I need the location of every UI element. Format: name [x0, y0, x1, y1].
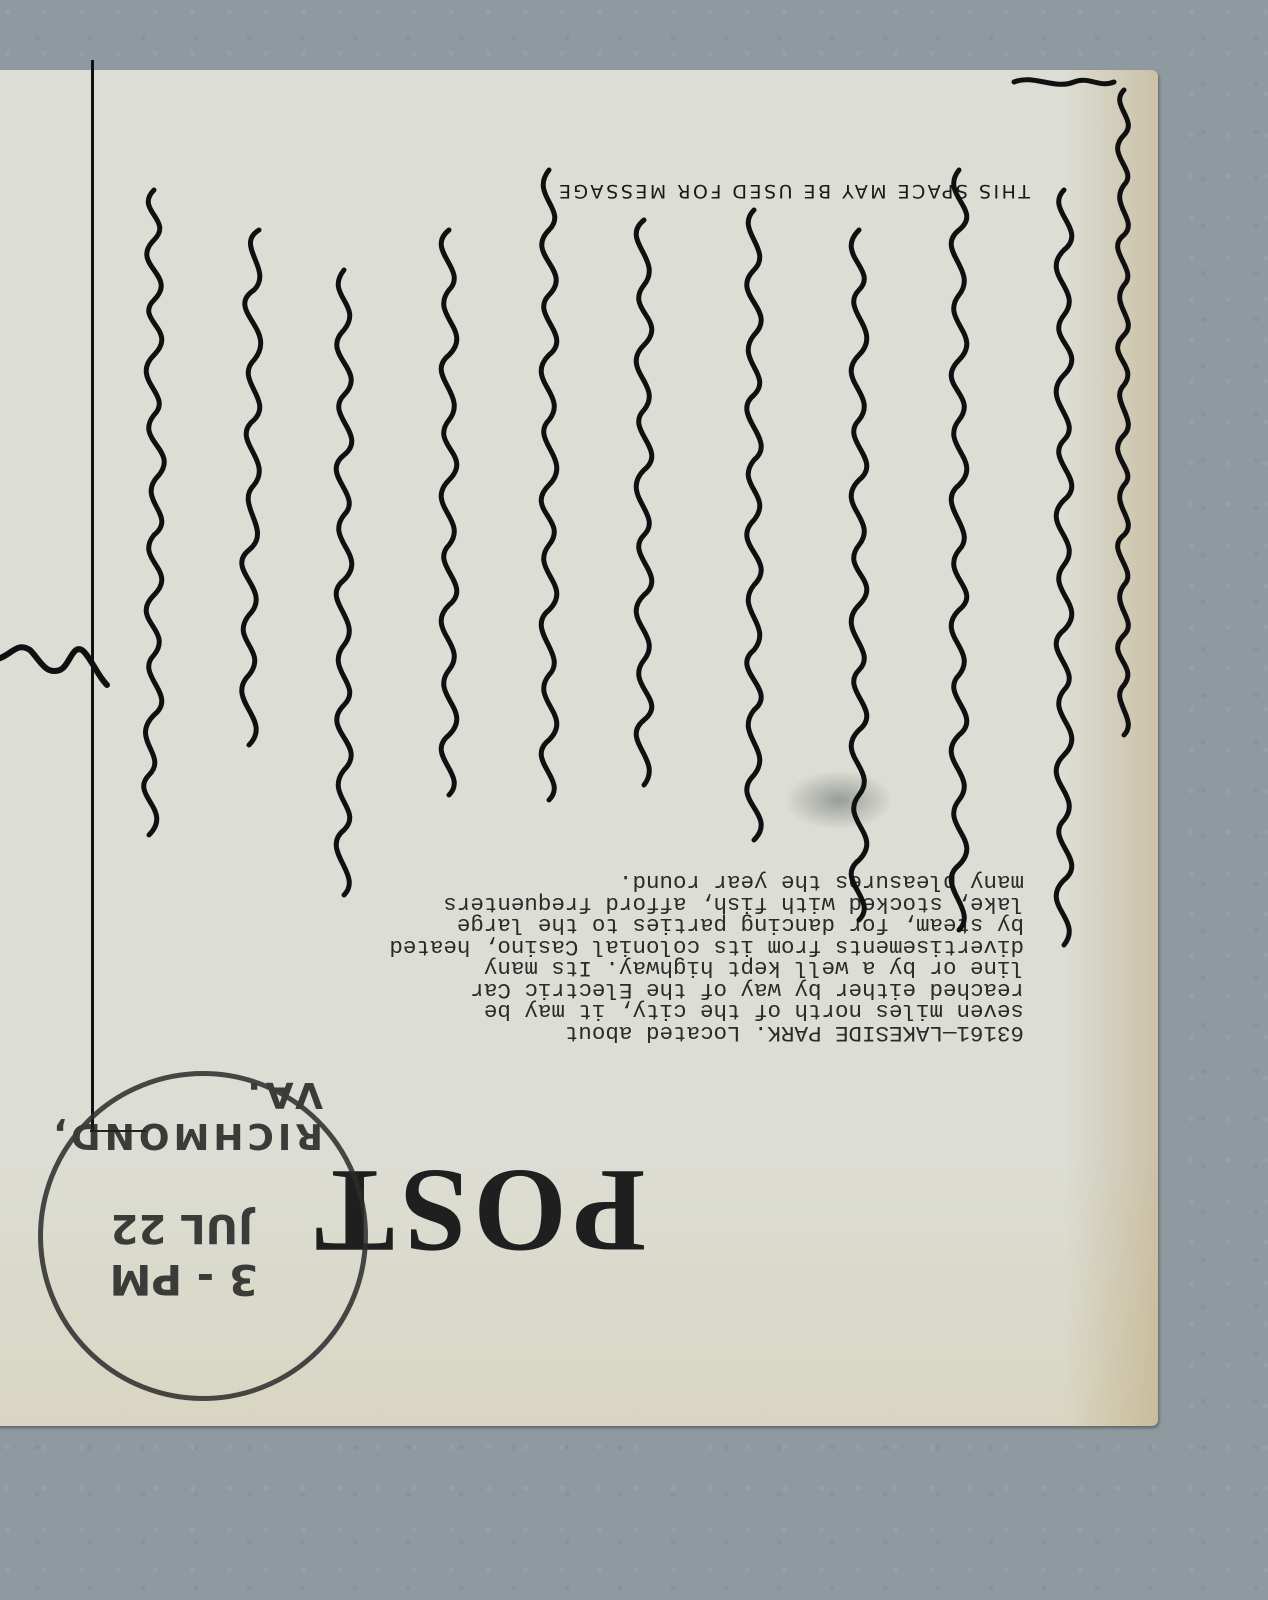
caption-line: divertisements from its colonial Casino,…: [144, 936, 1024, 958]
postmark-city: RICHMOND, VA.: [43, 1074, 323, 1156]
postmark-date: JUL 22: [111, 1205, 253, 1251]
caption-line: seven miles north of the city, it may be: [144, 1000, 1024, 1022]
caption-line: by steam, for dancing parties to the lar…: [144, 914, 1024, 936]
caption-line: 63161—LAKESIDE PARK. Located about: [144, 1022, 1024, 1044]
ink-stain: [784, 770, 894, 830]
postcard: THIS SPACE MAY BE USED FOR MESSAGE 63161…: [0, 70, 1158, 1426]
caption-line: lake, stocked with fish, afford frequent…: [144, 893, 1024, 915]
message-space-header: THIS SPACE MAY BE USED FOR MESSAGE: [230, 180, 1030, 202]
address-divider-line: [91, 60, 94, 1130]
postmark: 3 - PM JUL 22 RICHMOND, VA.: [38, 1071, 368, 1401]
caption-line: many pleasures the year round.: [144, 871, 1024, 893]
caption-line: line or by a well kept highway. Its many: [144, 957, 1024, 979]
postcard-printed-layer: THIS SPACE MAY BE USED FOR MESSAGE 63161…: [0, 70, 1158, 1426]
caption-line: reached either by way of the Electric Ca…: [144, 979, 1024, 1001]
card-caption: 63161—LAKESIDE PARK. Located about seven…: [144, 871, 1024, 1043]
postmark-time: 3 - PM: [110, 1255, 258, 1304]
